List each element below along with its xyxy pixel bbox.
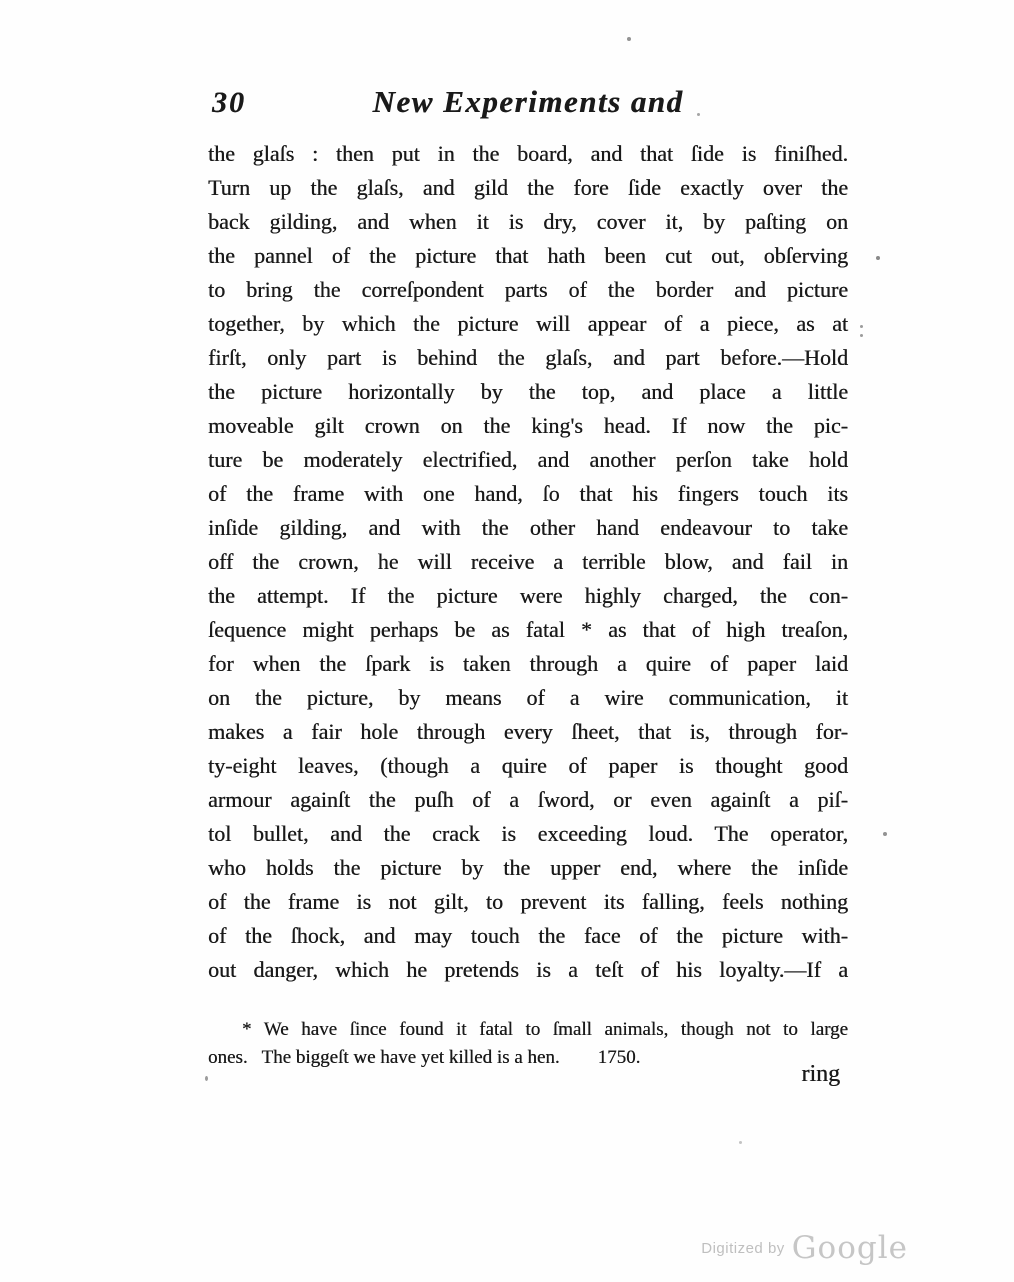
body-text: the glaſs : then put in the board, and t… [208, 137, 848, 987]
text-line: ture be moderately electrified, and anot… [208, 443, 848, 477]
text-line: out danger, which he pretends is a teſt … [208, 953, 848, 987]
text-line: of the ſhock, and may touch the face of … [208, 919, 848, 953]
text-line: of the frame is not gilt, to prevent its… [208, 885, 848, 919]
catchword: ring [208, 1058, 848, 1090]
text-line: the attempt. If the picture were highly … [208, 579, 848, 613]
footnote-line: * We have ſince found it fatal to ſmall … [208, 1016, 848, 1044]
text-line: off the crown, he will receive a terribl… [208, 545, 848, 579]
text-line: to bring the correſpondent parts of the … [208, 273, 848, 307]
text-line: inſide gilding, and with the other hand … [208, 511, 848, 545]
running-title: New Experiments and [208, 84, 848, 120]
text-line: firſt, only part is behind the glaſs, an… [208, 341, 848, 375]
text-line: for when the ſpark is taken through a qu… [208, 647, 848, 681]
watermark-prefix: Digitized by [701, 1240, 785, 1257]
ink-speck [876, 256, 880, 260]
ink-speck [860, 325, 863, 328]
text-line: together, by which the picture will appe… [208, 307, 848, 341]
text-line: who holds the picture by the upper end, … [208, 851, 848, 885]
text-line: ſequence might perhaps be as fatal * as … [208, 613, 848, 647]
text-line: the glaſs : then put in the board, and t… [208, 137, 848, 171]
ink-speck [739, 1141, 742, 1144]
digitized-by-google-watermark: Digitized by Google [701, 1233, 908, 1264]
text-line: on the picture, by means of a wire commu… [208, 681, 848, 715]
text-line: makes a fair hole through every ſheet, t… [208, 715, 848, 749]
scanned-book-page: 30 New Experiments and the glaſs : then … [0, 0, 1014, 1282]
ink-speck [697, 113, 700, 116]
google-logo: Google [792, 1233, 908, 1264]
ink-speck [883, 832, 887, 836]
ink-speck [627, 37, 631, 41]
text-line: Turn up the glaſs, and gild the fore ſid… [208, 171, 848, 205]
text-line: ty-eight leaves, (though a quire of pape… [208, 749, 848, 783]
ink-speck [860, 334, 863, 337]
text-line: tol bullet, and the crack is exceeding l… [208, 817, 848, 851]
text-line: the picture horizontally by the top, and… [208, 375, 848, 409]
text-line: back gilding, and when it is dry, cover … [208, 205, 848, 239]
text-line: the pannel of the picture that hath been… [208, 239, 848, 273]
text-line: armour againſt the puſh of a ſword, or e… [208, 783, 848, 817]
page-header: 30 New Experiments and [208, 84, 848, 128]
ink-speck [205, 1076, 208, 1081]
text-line: of the frame with one hand, ſo that his … [208, 477, 848, 511]
text-line: moveable gilt crown on the king's head. … [208, 409, 848, 443]
